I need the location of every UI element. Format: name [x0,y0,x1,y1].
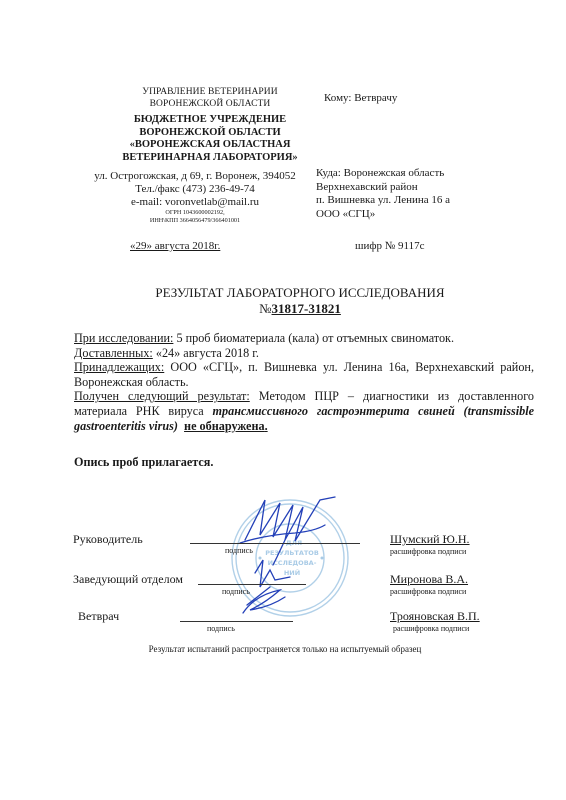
department-header: УПРАВЛЕНИЕ ВЕТЕРИНАРИИ ВОРОНЕЖСКОЙ ОБЛАС… [100,86,320,110]
title-text: РЕЗУЛЬТАТ ЛАБОРАТОРНОГО ИССЛЕДОВАНИЯ [100,285,500,301]
signature-caption: подпись [207,624,235,633]
signature-line [198,584,306,585]
organization-line: ВЕТЕРИНАРНАЯ ЛАБОРАТОРИЯ» [100,152,320,165]
signatory-name: Шумский Ю.Н. [390,532,470,547]
result-row: Получен следующий результат: Методом ПЦР… [74,389,534,433]
result-end: . [265,419,268,433]
address: ул. Острогожская, д 69, г. Воронеж, 3940… [80,170,310,183]
organization-name: БЮДЖЕТНОЕ УЧРЕЖДЕНИЕ ВОРОНЕЖСКОЙ ОБЛАСТИ… [100,114,320,164]
study-label: При исследовании: [74,331,173,345]
result-conclusion: не обнаружена [184,419,265,433]
signature-caption: подпись [222,587,250,596]
signature-role: Заведующий отделом [73,572,183,587]
name-caption: расшифровка подписи [390,547,466,556]
signature-scribbles [225,495,355,625]
study-value: 5 проб биоматериала (кала) от отъемных с… [173,331,454,345]
signature-line [180,621,293,622]
ogrn: ОГРН 1043600002192, [80,209,310,217]
document-date: «29» августа 2018г. [130,240,220,253]
result-number: №31817-31821 [100,301,500,317]
signature-role: Руководитель [73,532,143,547]
organization-contacts: ул. Острогожская, д 69, г. Воронеж, 3940… [80,170,310,225]
recipient-to: Кому: Ветврачу [324,92,397,106]
page-title: РЕЗУЛЬТАТ ЛАБОРАТОРНОГО ИССЛЕДОВАНИЯ №31… [100,285,500,316]
study-row: При исследовании: 5 проб биоматериала (к… [74,331,534,346]
organization-line: БЮДЖЕТНОЕ УЧРЕЖДЕНИЕ [100,114,320,127]
delivered-row: Доставленных: «24» августа 2018 г. [74,346,534,361]
organization-line: «ВОРОНЕЖСКАЯ ОБЛАСТНАЯ [100,139,320,152]
address-line: Куда: Воронежская область [316,167,450,181]
owner-row: Принадлежащих: ООО «СГЦ», п. Вишневка ул… [74,360,534,389]
phone: Тел./факс (473) 236-49-74 [80,183,310,196]
owner-label: Принадлежащих: [74,360,164,374]
signature-line [190,543,360,544]
organization-line: ВОРОНЕЖСКОЙ ОБЛАСТИ [100,127,320,140]
number-sign: № [259,301,271,316]
recipient-address: Куда: Воронежская область Верхнехавский … [316,167,450,221]
address-line: ООО «СГЦ» [316,208,450,222]
signatory-name: Трояновская В.П. [390,609,480,624]
name-caption: расшифровка подписи [390,587,466,596]
department-line: ВОРОНЕЖСКОЙ ОБЛАСТИ [100,98,320,110]
inn-kpp: ИНН\КПП 3664056479/366401001 [80,217,310,225]
address-line: п. Вишневка ул. Ленина 16 а [316,194,450,208]
signature-caption: подпись [225,546,253,555]
signatory-name: Миронова В.А. [390,572,468,587]
result-label: Получен следующий результат: [74,389,250,403]
department-line: УПРАВЛЕНИЕ ВЕТЕРИНАРИИ [100,86,320,98]
delivered-label: Доставленных: [74,346,153,360]
name-caption: расшифровка подписи [393,624,469,633]
footer-note: Результат испытаний распространяется тол… [110,644,460,654]
address-line: Верхнехавский район [316,181,450,195]
delivered-value: «24» августа 2018 г. [153,346,259,360]
result-number-value: 31817-31821 [272,301,341,316]
inventory-note: Опись проб прилагается. [74,455,213,470]
signature-role: Ветврач [78,609,119,624]
email: e-mail: voronvetlab@mail.ru [80,196,310,209]
cipher-number: шифр № 9117с [355,240,424,254]
result-body: При исследовании: 5 проб биоматериала (к… [74,331,534,433]
